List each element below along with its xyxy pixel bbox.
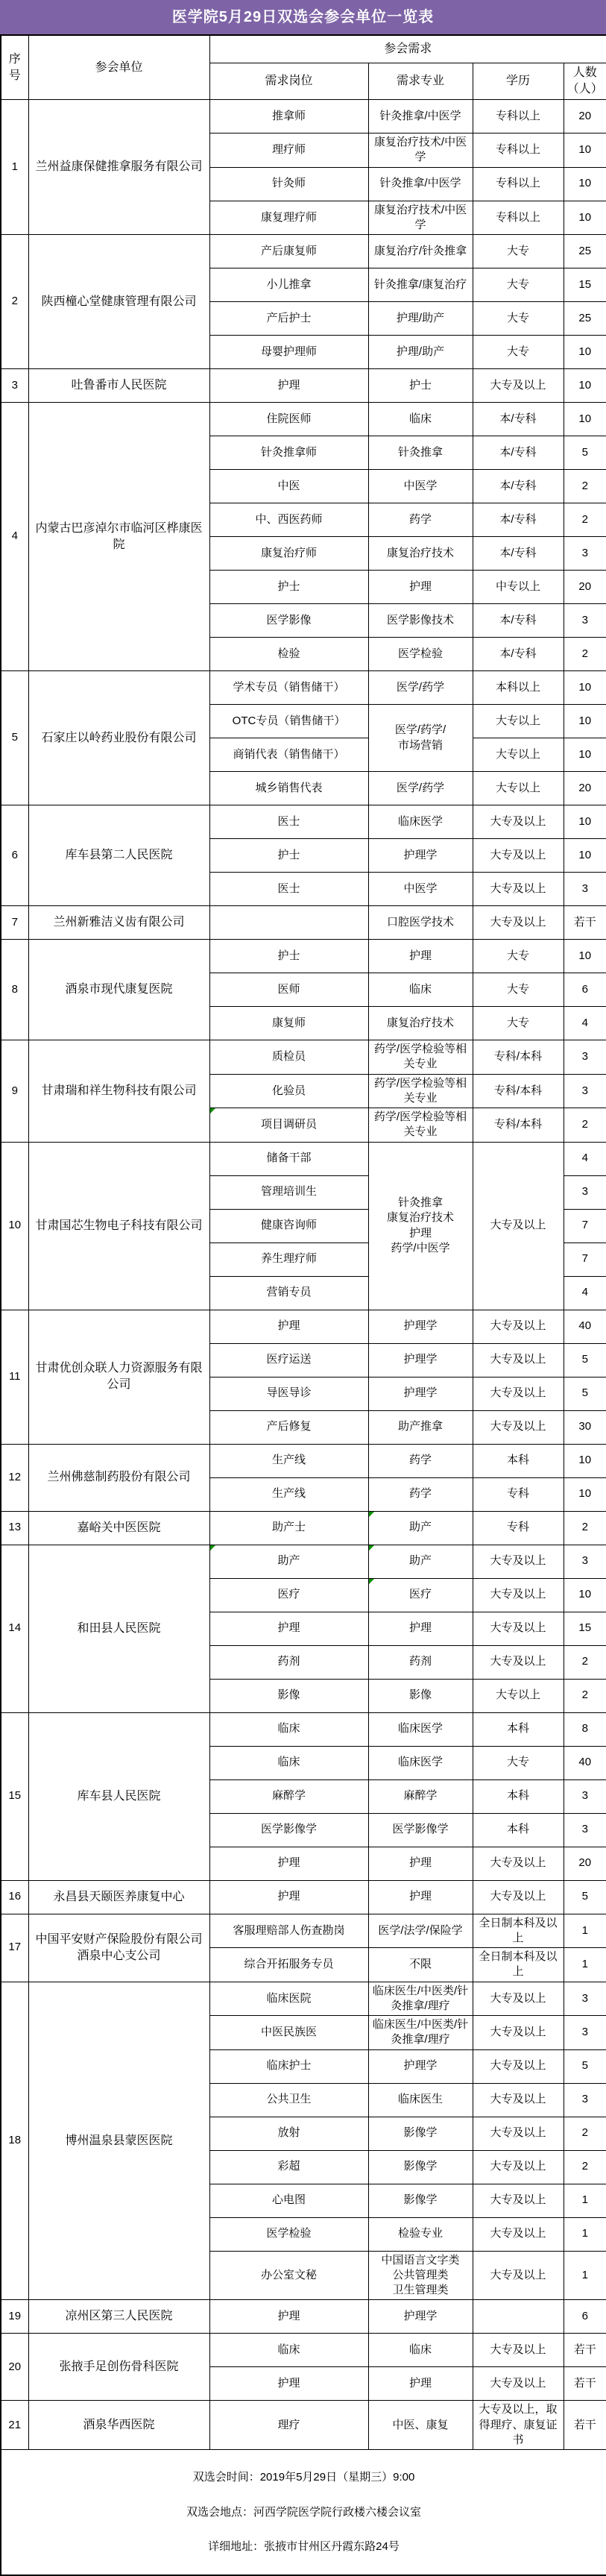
cell-degree: 大专及以上	[473, 2117, 564, 2150]
cell-unit: 兰州佛慈制药股份有限公司	[28, 1444, 209, 1511]
cell-position: 助产士	[209, 1511, 368, 1545]
cell-count: 5	[564, 436, 606, 470]
cell-count: 3	[564, 1779, 606, 1813]
cell-seq: 20	[1, 2334, 28, 2401]
cell-major: 中医学	[368, 470, 473, 503]
cell-unit: 内蒙古巴彦淖尔市临河区桦康医院	[28, 403, 209, 671]
table-row: 9甘肃瑞和祥生物科技有限公司质检员药学/医学检验等相关专业专科/本科3	[1, 1040, 606, 1075]
cell-degree: 专科以上	[473, 201, 564, 235]
cell-major: 药学/医学检验等相关专业	[368, 1108, 473, 1143]
cell-position: 中医民族医	[209, 2016, 368, 2050]
cell-unit: 凉州区第三人民医院	[28, 2300, 209, 2334]
page-title: 医学院5月29日双选会参会单位一览表	[0, 0, 606, 34]
cell-degree: 专科	[473, 1511, 564, 1545]
cell-degree: 专科/本科	[473, 1074, 564, 1108]
cell-unit: 陕西橦心堂健康管理有限公司	[28, 235, 209, 369]
cell-count: 10	[564, 839, 606, 873]
cell-degree: 大专及以上	[473, 1410, 564, 1444]
cell-degree: 本科以上	[473, 671, 564, 705]
cell-count: 3	[564, 1175, 606, 1209]
cell-count: 2	[564, 2150, 606, 2184]
cell-major: 药学	[368, 503, 473, 537]
cell-position: 助产	[209, 1545, 368, 1578]
cell-position: 护士	[209, 839, 368, 873]
cell-count: 2	[564, 1645, 606, 1679]
cell-major: 临床医学	[368, 1712, 473, 1746]
table-body: 1兰州益康保健推拿服务有限公司推拿师针灸推拿/中医学专科以上20理疗师康复治疗技…	[1, 100, 606, 2450]
cell-count: 10	[564, 1444, 606, 1477]
cell-position: 综合开拓服务专员	[209, 1948, 368, 1982]
cell-major: 药学	[368, 1444, 473, 1477]
cell-seq: 6	[1, 805, 28, 906]
cell-major: 药学	[368, 1477, 473, 1511]
cell-major: 康复治疗技术/中医学	[368, 133, 473, 168]
cell-seq: 10	[1, 1142, 28, 1310]
cell-degree: 本/专科	[473, 436, 564, 470]
cell-seq: 14	[1, 1545, 28, 1712]
cell-major: 临床医学	[368, 805, 473, 839]
cell-count: 20	[564, 100, 606, 133]
cell-count: 5	[564, 1343, 606, 1377]
cell-position: 医学影像	[209, 604, 368, 638]
cell-degree: 专科以上	[473, 100, 564, 133]
cell-major: 护理学	[368, 839, 473, 873]
cell-degree: 大专及以上	[473, 2150, 564, 2184]
cell-count: 6	[564, 2300, 606, 2334]
cell-position: 医士	[209, 873, 368, 906]
cell-position: 产后修复	[209, 1410, 368, 1444]
cell-count: 1	[564, 1914, 606, 1948]
cell-degree: 大专以上	[473, 1679, 564, 1712]
cell-position: 医疗运送	[209, 1343, 368, 1377]
cell-count: 2	[564, 503, 606, 537]
cell-degree: 大专以上	[473, 705, 564, 738]
cell-position: 心电图	[209, 2184, 368, 2217]
cell-count: 3	[564, 537, 606, 571]
cell-count: 1	[564, 1948, 606, 1982]
cell-count: 6	[564, 973, 606, 1007]
cell-count: 25	[564, 235, 606, 268]
cell-major: 护理	[368, 940, 473, 973]
cell-count: 10	[564, 1578, 606, 1612]
cell-major: 助产推拿	[368, 1410, 473, 1444]
cell-major: 医学检验	[368, 638, 473, 671]
cell-degree: 本/专科	[473, 604, 564, 638]
cell-position: 营销专员	[209, 1276, 368, 1310]
cell-seq: 16	[1, 1880, 28, 1914]
cell-count: 1	[564, 2217, 606, 2251]
table-row: 2陕西橦心堂健康管理有限公司产后康复师康复治疗/针灸推拿大专25	[1, 235, 606, 268]
cell-count: 20	[564, 571, 606, 604]
cell-major: 临床	[368, 2334, 473, 2367]
header-demand: 参会需求	[209, 35, 606, 63]
cell-position: 护理	[209, 1310, 368, 1343]
header-count: 人数 （人）	[564, 63, 606, 100]
cell-count: 4	[564, 1142, 606, 1175]
cell-seq: 11	[1, 1310, 28, 1444]
cell-degree: 本科	[473, 1444, 564, 1477]
cell-position: 中、西医药师	[209, 503, 368, 537]
cell-count: 10	[564, 671, 606, 705]
cell-count: 3	[564, 1074, 606, 1108]
cell-major: 医学/法学/保险学	[368, 1914, 473, 1948]
cell-major: 影像学	[368, 2117, 473, 2150]
table-row: 17中国平安财产保险股份有限公司酒泉中心支公司客服理赔部人伤查勘岗医学/法学/保…	[1, 1914, 606, 1948]
roster-table: 序号 参会单位 参会需求 需求岗位 需求专业 学历 人数 （人） 1兰州益康保健…	[0, 34, 606, 2576]
cell-major: 康复治疗技术	[368, 537, 473, 571]
cell-position: 推拿师	[209, 100, 368, 133]
table-header: 序号 参会单位 参会需求 需求岗位 需求专业 学历 人数 （人）	[1, 35, 606, 100]
cell-count: 15	[564, 1612, 606, 1645]
cell-unit: 兰州新雅洁义齿有限公司	[28, 906, 209, 940]
cell-count: 5	[564, 1377, 606, 1410]
header-position: 需求岗位	[209, 63, 368, 100]
table-row: 14和田县人民医院助产助产大专及以上3	[1, 1545, 606, 1578]
cell-major: 医学影像技术	[368, 604, 473, 638]
cell-degree: 大专及以上	[473, 2334, 564, 2367]
cell-seq: 19	[1, 2300, 28, 2334]
cell-seq: 12	[1, 1444, 28, 1511]
cell-major: 药学/医学检验等相关专业	[368, 1040, 473, 1075]
cell-major: 康复治疗/针灸推拿	[368, 235, 473, 268]
cell-count: 4	[564, 1276, 606, 1310]
table-row: 7兰州新雅洁义齿有限公司口腔医学技术大专及以上若干	[1, 906, 606, 940]
cell-seq: 2	[1, 235, 28, 369]
cell-degree: 大专及以上	[473, 2049, 564, 2083]
cell-major: 护理/助产	[368, 336, 473, 369]
cell-degree: 本/专科	[473, 403, 564, 436]
cell-count: 若干	[564, 906, 606, 940]
cell-major: 医学/药学/ 市场营销	[368, 705, 473, 772]
cell-degree: 大专及以上	[473, 805, 564, 839]
cell-position: 护理	[209, 2300, 368, 2334]
cell-position: 临床	[209, 1712, 368, 1746]
cell-position: 城乡销售代表	[209, 772, 368, 805]
cell-count: 10	[564, 1477, 606, 1511]
cell-degree: 大专及以上	[473, 1142, 564, 1310]
cell-position: OTC专员（销售储干）	[209, 705, 368, 738]
cell-position: 化验员	[209, 1074, 368, 1108]
cell-position: 针灸推拿师	[209, 436, 368, 470]
cell-position: 产后护士	[209, 302, 368, 336]
cell-seq: 4	[1, 403, 28, 671]
cell-degree: 大专及以上	[473, 2251, 564, 2300]
cell-seq: 13	[1, 1511, 28, 1545]
cell-position: 学术专员（销售储干）	[209, 671, 368, 705]
cell-degree: 本/专科	[473, 503, 564, 537]
cell-degree: 大专及以上	[473, 1645, 564, 1679]
cell-unit: 甘肃优创众联人力资源服务有限公司	[28, 1310, 209, 1444]
cell-major: 中国语言文字类 公共管理类 卫生管理类	[368, 2251, 473, 2300]
cell-position: 理疗	[209, 2401, 368, 2450]
cell-major: 医学/药学	[368, 671, 473, 705]
cell-degree: 本科	[473, 1813, 564, 1847]
cell-degree: 本科	[473, 1779, 564, 1813]
header-unit: 参会单位	[28, 35, 209, 100]
cell-position: 中医	[209, 470, 368, 503]
cell-count: 10	[564, 940, 606, 973]
cell-position: 彩超	[209, 2150, 368, 2184]
cell-count: 8	[564, 1712, 606, 1746]
cell-position: 医士	[209, 805, 368, 839]
cell-unit: 酒泉市现代康复医院	[28, 940, 209, 1040]
cell-degree: 大专及以上	[473, 873, 564, 906]
cell-major: 临床医学	[368, 1746, 473, 1779]
cell-position: 办公室文秘	[209, 2251, 368, 2300]
cell-major: 助产	[368, 1545, 473, 1578]
cell-count: 若干	[564, 2401, 606, 2450]
comment-flag-icon	[369, 1545, 374, 1551]
table-row: 4内蒙古巴彦淖尔市临河区桦康医院住院医师临床本/专科10	[1, 403, 606, 436]
cell-seq: 5	[1, 671, 28, 805]
cell-degree: 大专及以上	[473, 2217, 564, 2251]
cell-count: 10	[564, 805, 606, 839]
table-footer: 双选会时间：2019年5月29日（星期三）9:00 双选会地点：河西学院医学院行…	[1, 2450, 606, 2575]
table-row: 1兰州益康保健推拿服务有限公司推拿师针灸推拿/中医学专科以上20	[1, 100, 606, 133]
cell-major: 针灸推拿/中医学	[368, 167, 473, 201]
cell-major: 药剂	[368, 1645, 473, 1679]
cell-count: 5	[564, 2049, 606, 2083]
cell-position: 药剂	[209, 1645, 368, 1679]
cell-count: 30	[564, 1410, 606, 1444]
cell-count: 7	[564, 1209, 606, 1243]
cell-degree: 本/专科	[473, 470, 564, 503]
cell-position: 临床	[209, 2334, 368, 2367]
cell-major: 不限	[368, 1948, 473, 1982]
cell-unit: 博州温泉县蒙医医院	[28, 1982, 209, 2300]
cell-position: 医学检验	[209, 2217, 368, 2251]
cell-major: 医学影像学	[368, 1813, 473, 1847]
comment-flag-icon	[369, 1512, 374, 1517]
footer-time: 双选会时间：2019年5月29日（星期三）9:00	[4, 2469, 604, 2486]
cell-unit: 库车县第二人民医院	[28, 805, 209, 906]
cell-major: 护理学	[368, 2300, 473, 2334]
cell-major: 临床医生/中医类/针灸推拿/理疗	[368, 1982, 473, 2016]
cell-position: 放射	[209, 2117, 368, 2150]
cell-count: 3	[564, 2083, 606, 2117]
cell-degree: 大专	[473, 268, 564, 302]
cell-degree: 本/专科	[473, 537, 564, 571]
cell-major: 医学/药学	[368, 772, 473, 805]
cell-position: 理疗师	[209, 133, 368, 168]
cell-major: 影像	[368, 1679, 473, 1712]
cell-unit: 酒泉华西医院	[28, 2401, 209, 2450]
header-seq: 序号	[1, 35, 28, 100]
cell-position: 母婴护理师	[209, 336, 368, 369]
cell-degree: 大专	[473, 940, 564, 973]
table-row: 16永昌县天颐医养康复中心护理护理大专及以上5	[1, 1880, 606, 1914]
table-row: 21酒泉华西医院理疗中医、康复大专及以上，取得理疗、康复证书若干	[1, 2401, 606, 2450]
cell-degree: 大专及以上	[473, 1343, 564, 1377]
cell-unit: 和田县人民医院	[28, 1545, 209, 1712]
cell-degree: 大专及以上	[473, 369, 564, 403]
table-row: 11甘肃优创众联人力资源服务有限公司护理护理学大专及以上40	[1, 1310, 606, 1343]
cell-position: 医师	[209, 973, 368, 1007]
cell-major: 临床医生	[368, 2083, 473, 2117]
cell-position: 导医导诊	[209, 1377, 368, 1410]
cell-count: 20	[564, 1847, 606, 1880]
table-row: 8酒泉市现代康复医院护士护理大专10	[1, 940, 606, 973]
cell-position	[209, 906, 368, 940]
cell-count: 3	[564, 1813, 606, 1847]
cell-position: 影像	[209, 1679, 368, 1712]
cell-unit: 吐鲁番市人民医院	[28, 369, 209, 403]
cell-major: 护理学	[368, 2049, 473, 2083]
cell-major: 康复治疗技术	[368, 1007, 473, 1040]
cell-count: 2	[564, 1108, 606, 1143]
table-row: 6库车县第二人民医院医士临床医学大专及以上10	[1, 805, 606, 839]
cell-major: 中医学	[368, 873, 473, 906]
cell-position: 护理	[209, 1880, 368, 1914]
cell-count: 2	[564, 1679, 606, 1712]
cell-degree: 专科	[473, 1477, 564, 1511]
cell-degree: 大专	[473, 1746, 564, 1779]
cell-major: 麻醉学	[368, 1779, 473, 1813]
cell-major: 中医、康复	[368, 2401, 473, 2450]
comment-flag-icon	[210, 1108, 215, 1113]
cell-count: 3	[564, 1040, 606, 1075]
cell-major: 药学/医学检验等相关专业	[368, 1074, 473, 1108]
header-degree: 学历	[473, 63, 564, 100]
table-row: 15库车县人民医院临床临床医学本科8	[1, 1712, 606, 1746]
cell-degree: 大专以上	[473, 738, 564, 772]
cell-position: 养生理疗师	[209, 1243, 368, 1276]
cell-degree: 大专及以上	[473, 2184, 564, 2217]
cell-degree: 大专	[473, 973, 564, 1007]
cell-position: 公共卫生	[209, 2083, 368, 2117]
cell-seq: 3	[1, 369, 28, 403]
cell-position: 护理	[209, 1612, 368, 1645]
cell-position: 产后康复师	[209, 235, 368, 268]
table-row: 13嘉峪关中医医院助产士助产专科2	[1, 1511, 606, 1545]
cell-degree	[473, 2300, 564, 2334]
cell-seq: 15	[1, 1712, 28, 1880]
table-row: 20张掖手足创伤骨科医院临床临床大专及以上若干	[1, 2334, 606, 2367]
cell-degree: 大专及以上，取得理疗、康复证书	[473, 2401, 564, 2450]
cell-major: 影像学	[368, 2150, 473, 2184]
cell-major: 护理	[368, 2367, 473, 2401]
cell-count: 3	[564, 2016, 606, 2050]
cell-major: 护理	[368, 571, 473, 604]
cell-seq: 7	[1, 906, 28, 940]
cell-position: 商销代表（销售储干）	[209, 738, 368, 772]
cell-degree: 专科/本科	[473, 1108, 564, 1143]
cell-degree: 大专及以上	[473, 1545, 564, 1578]
cell-major: 影像学	[368, 2184, 473, 2217]
cell-position: 质检员	[209, 1040, 368, 1075]
table-row: 19凉州区第三人民医院护理护理学6	[1, 2300, 606, 2334]
cell-major: 护士	[368, 369, 473, 403]
footer-location: 双选会地点：河西学院医学院行政楼六楼会议室	[4, 2504, 604, 2521]
cell-count: 2	[564, 1511, 606, 1545]
cell-degree: 大专及以上	[473, 1578, 564, 1612]
cell-position: 康复师	[209, 1007, 368, 1040]
cell-degree: 大专及以上	[473, 1880, 564, 1914]
cell-degree: 本/专科	[473, 638, 564, 671]
cell-count: 40	[564, 1746, 606, 1779]
cell-unit: 中国平安财产保险股份有限公司酒泉中心支公司	[28, 1914, 209, 1982]
table-row: 3吐鲁番市人民医院护理护士大专及以上10	[1, 369, 606, 403]
cell-count: 25	[564, 302, 606, 336]
cell-position: 针灸师	[209, 167, 368, 201]
cell-count: 10	[564, 167, 606, 201]
cell-major: 检验专业	[368, 2217, 473, 2251]
cell-major: 针灸推拿/康复治疗	[368, 268, 473, 302]
cell-unit: 兰州益康保健推拿服务有限公司	[28, 100, 209, 235]
cell-degree: 本科	[473, 1712, 564, 1746]
cell-degree: 大专及以上	[473, 1847, 564, 1880]
cell-position: 麻醉学	[209, 1779, 368, 1813]
cell-degree: 中专以上	[473, 571, 564, 604]
cell-major: 康复治疗技术/中医学	[368, 201, 473, 235]
header-major: 需求专业	[368, 63, 473, 100]
footer-cell: 双选会时间：2019年5月29日（星期三）9:00 双选会地点：河西学院医学院行…	[1, 2450, 606, 2575]
cell-seq: 18	[1, 1982, 28, 2300]
cell-position: 医疗	[209, 1578, 368, 1612]
footer-address: 详细地址：张掖市甘州区丹霞东路24号	[4, 2538, 604, 2555]
cell-major: 针灸推拿 康复治疗技术 护理 药学/中医学	[368, 1142, 473, 1310]
cell-major: 针灸推拿/中医学	[368, 100, 473, 133]
cell-count: 40	[564, 1310, 606, 1343]
cell-position: 小儿推拿	[209, 268, 368, 302]
cell-count: 7	[564, 1243, 606, 1276]
cell-count: 20	[564, 772, 606, 805]
cell-degree: 大专及以上	[473, 1310, 564, 1343]
cell-major: 临床医生/中医类/针灸推拿/理疗	[368, 2016, 473, 2050]
cell-count: 2	[564, 638, 606, 671]
cell-major: 助产	[368, 1511, 473, 1545]
cell-degree: 大专及以上	[473, 906, 564, 940]
comment-flag-icon	[369, 1579, 374, 1584]
cell-degree: 专科以上	[473, 167, 564, 201]
cell-position: 生产线	[209, 1477, 368, 1511]
cell-count: 1	[564, 2251, 606, 2300]
cell-count: 若干	[564, 2334, 606, 2367]
cell-degree: 专科/本科	[473, 1040, 564, 1075]
cell-unit: 石家庄以岭药业股份有限公司	[28, 671, 209, 805]
cell-major: 口腔医学技术	[368, 906, 473, 940]
cell-count: 1	[564, 2184, 606, 2217]
cell-position: 护理	[209, 1847, 368, 1880]
cell-degree: 大专及以上	[473, 2016, 564, 2050]
cell-major: 护理	[368, 1847, 473, 1880]
cell-degree: 大专及以上	[473, 2083, 564, 2117]
cell-degree: 专科以上	[473, 133, 564, 168]
cell-degree: 大专	[473, 235, 564, 268]
cell-major: 医疗	[368, 1578, 473, 1612]
cell-degree: 大专及以上	[473, 2367, 564, 2401]
cell-position: 护士	[209, 940, 368, 973]
cell-position: 护士	[209, 571, 368, 604]
cell-position: 护理	[209, 369, 368, 403]
cell-major: 临床	[368, 973, 473, 1007]
cell-count: 10	[564, 738, 606, 772]
cell-position: 健康咨询师	[209, 1209, 368, 1243]
cell-major: 护理学	[368, 1377, 473, 1410]
cell-major: 护理学	[368, 1343, 473, 1377]
cell-position: 护理	[209, 2367, 368, 2401]
cell-count: 2	[564, 2117, 606, 2150]
cell-unit: 甘肃瑞和祥生物科技有限公司	[28, 1040, 209, 1143]
cell-count: 3	[564, 1545, 606, 1578]
cell-count: 15	[564, 268, 606, 302]
cell-seq: 21	[1, 2401, 28, 2450]
cell-degree: 大专及以上	[473, 1612, 564, 1645]
table-row: 18博州温泉县蒙医医院临床医院临床医生/中医类/针灸推拿/理疗大专及以上3	[1, 1982, 606, 2016]
cell-count: 10	[564, 133, 606, 168]
comment-flag-icon	[210, 1545, 215, 1551]
cell-count: 10	[564, 369, 606, 403]
